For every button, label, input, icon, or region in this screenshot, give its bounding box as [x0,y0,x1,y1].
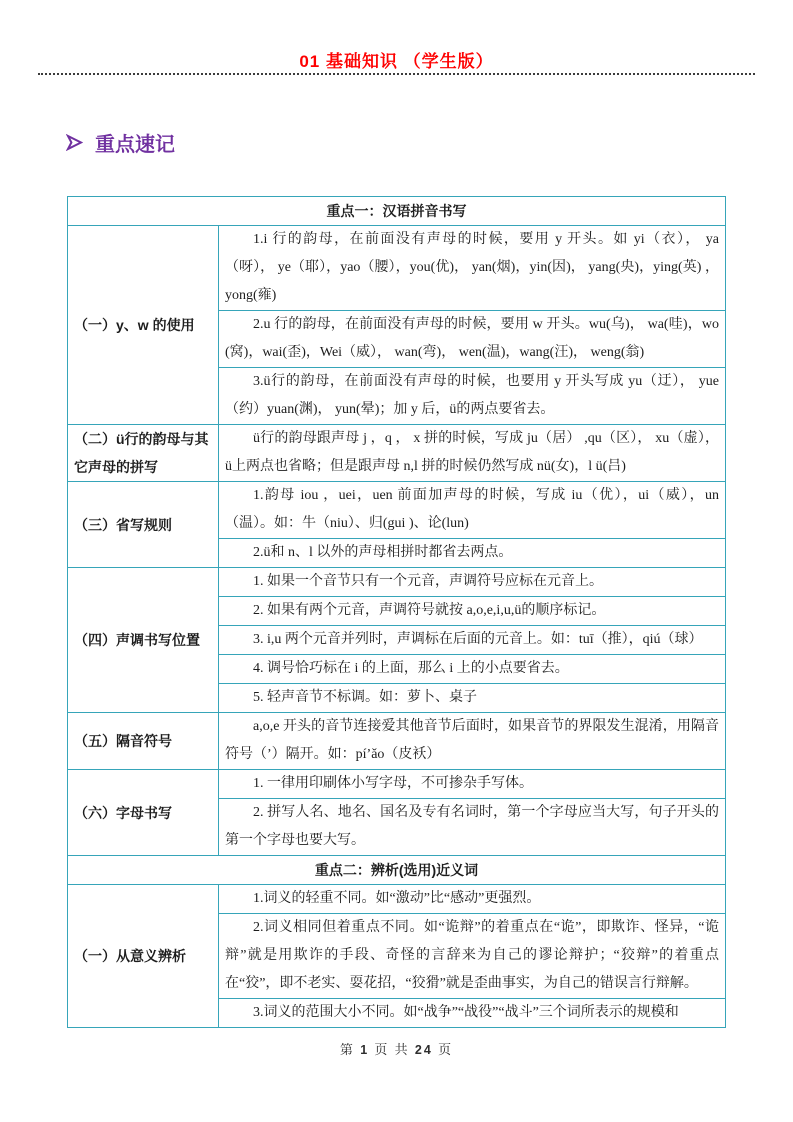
footer-current-page: 1 [360,1043,369,1057]
section-heading: 重点速记 [66,128,175,157]
group-label-cell: （一）y、w 的使用 [68,226,219,425]
section-heading-label: 重点速记 [95,128,175,157]
rule-cell: ü行的韵母跟声母 j ，q ， x 拼的时候，写成 ju（居） ,qu（区）， … [219,425,726,482]
table-section-header: 重点二：辨析(选用)近义词 [68,856,726,885]
document-title: 01 基础知识 （学生版） [0,47,793,72]
rule-cell: 4. 调号恰巧标在 i 的上面，那么 i 上的小点要省去。 [219,655,726,684]
group-label-cell: （五）隔音符号 [68,713,219,770]
footer-suffix: 页 [438,1042,453,1057]
group-label-cell: （三）省写规则 [68,482,219,568]
rule-cell: 1.词义的轻重不同。如“激动”比“感动”更强烈。 [219,885,726,914]
rule-cell: 1.i 行的韵母，在前面没有声母的时候，要用 y 开头。如 yi（衣）， ya（… [219,226,726,311]
rule-cell: a,o,e 开头的音节连接爱其他音节后面时，如果音节的界限发生混淆，用隔音符号（… [219,713,726,770]
rule-cell: 2.ü和 n、l 以外的声母相拼时都省去两点。 [219,539,726,568]
arrowhead-bullet-icon [66,134,83,151]
header-divider [38,73,755,75]
rule-cell: 3.ü行的韵母，在前面没有声母的时候，也要用 y 开头写成 yu（迂）， yue… [219,368,726,425]
rule-cell: 1.韵母 iou ，uei，uen 前面加声母的时候，写成 iu（优），ui（威… [219,482,726,539]
pinyin-rules-table: 重点一：汉语拼音书写 （一）y、w 的使用 1.i 行的韵母，在前面没有声母的时… [67,196,726,1028]
rule-cell: 1. 如果一个音节只有一个元音，声调符号应标在元音上。 [219,568,726,597]
rule-cell: 2.词义相同但着重点不同。如“诡辩”的着重点在“诡”，即欺诈、怪异，“诡辩”就是… [219,914,726,999]
rule-cell: 5. 轻声音节不标调。如：萝卜、桌子 [219,684,726,713]
page-footer: 第 1 页 共 24 页 [0,1039,793,1058]
rule-cell: 3. i,u 两个元音并列时，声调标在后面的元音上。如：tuī（推），qiú（球… [219,626,726,655]
rule-cell: 2. 拼写人名、地名、国名及专有名词时，第一个字母应当大写，句子开头的第一个字母… [219,799,726,856]
group-label-cell: （二）ü行的韵母与其它声母的拼写 [68,425,219,482]
footer-total-pages: 24 [415,1043,433,1057]
rule-cell: 1. 一律用印刷体小写字母，不可掺杂手写体。 [219,770,726,799]
document-page: 01 基础知识 （学生版） 重点速记 重点一：汉语拼音书写 （一）y、w 的使用… [0,0,793,1122]
rule-cell: 3.词义的范围大小不同。如“战争”“战役”“战斗”三个词所表示的规模和 [219,999,726,1028]
rule-cell: 2.u 行的韵母，在前面没有声母的时候，要用 w 开头。wu(乌)， wa(哇)… [219,311,726,368]
group-label-cell: （六）字母书写 [68,770,219,856]
footer-prefix: 第 [340,1042,355,1057]
footer-middle: 页 共 [374,1042,409,1057]
group-label-cell: （四）声调书写位置 [68,568,219,713]
group-label-cell: （一）从意义辨析 [68,885,219,1028]
rule-cell: 2. 如果有两个元音，声调符号就按 a,o,e,i,u,ü的顺序标记。 [219,597,726,626]
table-section-header: 重点一：汉语拼音书写 [68,197,726,226]
